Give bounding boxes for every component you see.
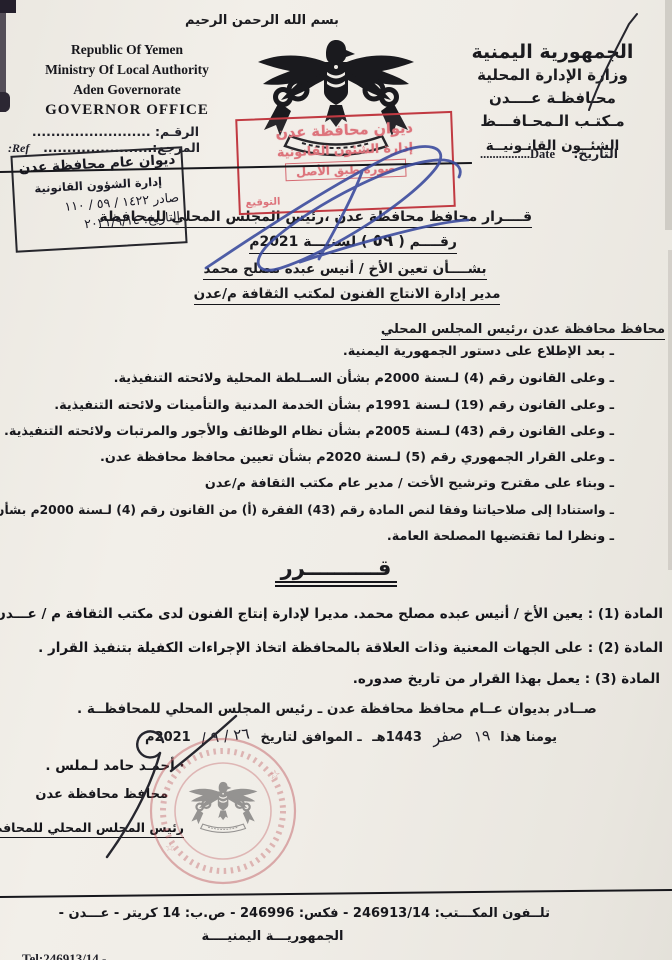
hijri-year-text: 1443هـ bbox=[372, 730, 422, 745]
handwritten-hijri-day: ١٩ bbox=[473, 726, 491, 746]
preamble-item: ـ واستنادا إلى صلاحياتنا وفقا لنص المادة… bbox=[0, 503, 614, 517]
preamble-item: ـ وعلى القانون رقم (43) لـسنة 2005م بشأن… bbox=[4, 424, 614, 439]
preamble-item: ـ وعلى القانون رقم (4) لـسنة 2000م بشأن … bbox=[114, 371, 614, 386]
red-stamp-line3: صورة طبق الأصل bbox=[285, 159, 407, 182]
preamble-item: ـ وعلى القانون رقم (19) لـسنة 1991م بشأن… bbox=[54, 398, 614, 413]
scan-artifact-corner-blob bbox=[0, 0, 16, 13]
footer-cut-english-line: Tel:246913/14 - bbox=[22, 951, 106, 960]
seal-star-glyph: ☆ bbox=[269, 768, 281, 783]
preamble-item: ـ ونظرا لما تقتضيها المصلحة العامة. bbox=[387, 529, 614, 544]
preamble-heading: محافظ محافظة عدن ،رئيس المجلس المحلي bbox=[381, 318, 665, 340]
date-prefix-text: يومنا هذا bbox=[500, 730, 557, 745]
header-en-office: GOVERNOR OFFICE bbox=[28, 100, 226, 120]
header-en-ministry: Ministry Of Local Authority bbox=[28, 60, 226, 80]
header-ar-office: مـكتـب الـمحـافـــظ bbox=[470, 110, 635, 133]
decree-number-prefix: رقــــم ( bbox=[398, 234, 457, 250]
header-ar-ministry: وزارة الإدارة المحلية bbox=[470, 64, 635, 87]
preamble-item: ـ بعد الإطلاع على دستور الجمهورية اليمني… bbox=[343, 344, 614, 359]
decree-number-suffix: ) لسنــــة 2021م bbox=[249, 234, 367, 250]
article-1: المادة (1) : يعين الأخ / أنيس عبده مصلح … bbox=[0, 606, 663, 622]
date-field-english: Date................ bbox=[480, 147, 555, 162]
handwritten-hijri-month: صفر bbox=[431, 724, 464, 748]
preamble-item: ـ وبناء على مقترح وترشيح الأخت / مدير عا… bbox=[205, 476, 614, 491]
decree-word: قــــــــــرر bbox=[247, 556, 425, 587]
date-field: التاريخ: Date................ bbox=[480, 146, 618, 162]
footer-divider-line bbox=[0, 889, 672, 898]
footer-contact-line: تلــفون المكـــتب: 246913/14 - فكس: 2469… bbox=[80, 906, 550, 921]
preamble-item: ـ وعلى القرار الجمهوري رقم (5) لـسنة 202… bbox=[100, 450, 614, 465]
article-3: المادة (3) : يعمل بهذا القرار من تاريخ ص… bbox=[353, 671, 660, 687]
decree-title-line3: بشــــأن تعين الأخ / أنيس عبده مصلح محمد bbox=[200, 258, 490, 280]
red-stamp-signature-label: التوقيع bbox=[245, 197, 280, 209]
footer-country-line: الجمهوريـــة اليمنيــــة bbox=[185, 929, 360, 944]
header-en-governorate: Aden Governorate bbox=[28, 80, 226, 100]
number-field: الرقـم: ......................... bbox=[27, 124, 199, 139]
ref-field-english: Ref: bbox=[8, 141, 29, 156]
seal-star-glyph: ☆ bbox=[165, 841, 175, 854]
round-official-seal: ☆ ☆ bbox=[147, 735, 303, 887]
header-ar-governorate: محـافظـة عــــدن bbox=[470, 87, 635, 110]
registry-stamp: ديوان عام محافظة عدن إدارة الشؤون القانو… bbox=[10, 146, 187, 252]
decree-title-line4: مدير إدارة الانتاج الفنون لمكتب الثقافة … bbox=[188, 283, 506, 305]
header-english-block: Republic Of Yemen Ministry Of Local Auth… bbox=[28, 40, 226, 120]
scan-artifact-right-edge bbox=[668, 250, 672, 570]
issued-line: صــادر بديوان عــام محافظ محافظة عدن ـ ر… bbox=[77, 701, 597, 717]
decree-title-line2: رقــــم ( ٥٩ ) لسنــــة 2021م bbox=[272, 231, 457, 254]
header-arabic-block: الجمهورية اليمنية وزارة الإدارة المحلية … bbox=[470, 40, 635, 155]
bismillah-text: بسم الله الرحمن الرحيم bbox=[162, 13, 362, 28]
scan-artifact-right-shadow bbox=[665, 0, 672, 230]
registry-stamp-line1: ديوان عام محافظة عدن bbox=[17, 152, 178, 177]
header-en-country: Republic Of Yemen bbox=[28, 40, 226, 60]
article-2: المادة (2) : على الجهات المعنية وذات الع… bbox=[38, 640, 663, 656]
decree-number-value: ٥٩ bbox=[373, 231, 394, 251]
scanned-decree-document: بسم الله الرحمن الرحيم Republic Of Yemen… bbox=[0, 0, 672, 960]
header-ar-country: الجمهورية اليمنية bbox=[470, 40, 635, 64]
date-field-arabic: التاريخ: bbox=[573, 146, 618, 161]
scan-artifact-left-nub bbox=[0, 92, 10, 112]
